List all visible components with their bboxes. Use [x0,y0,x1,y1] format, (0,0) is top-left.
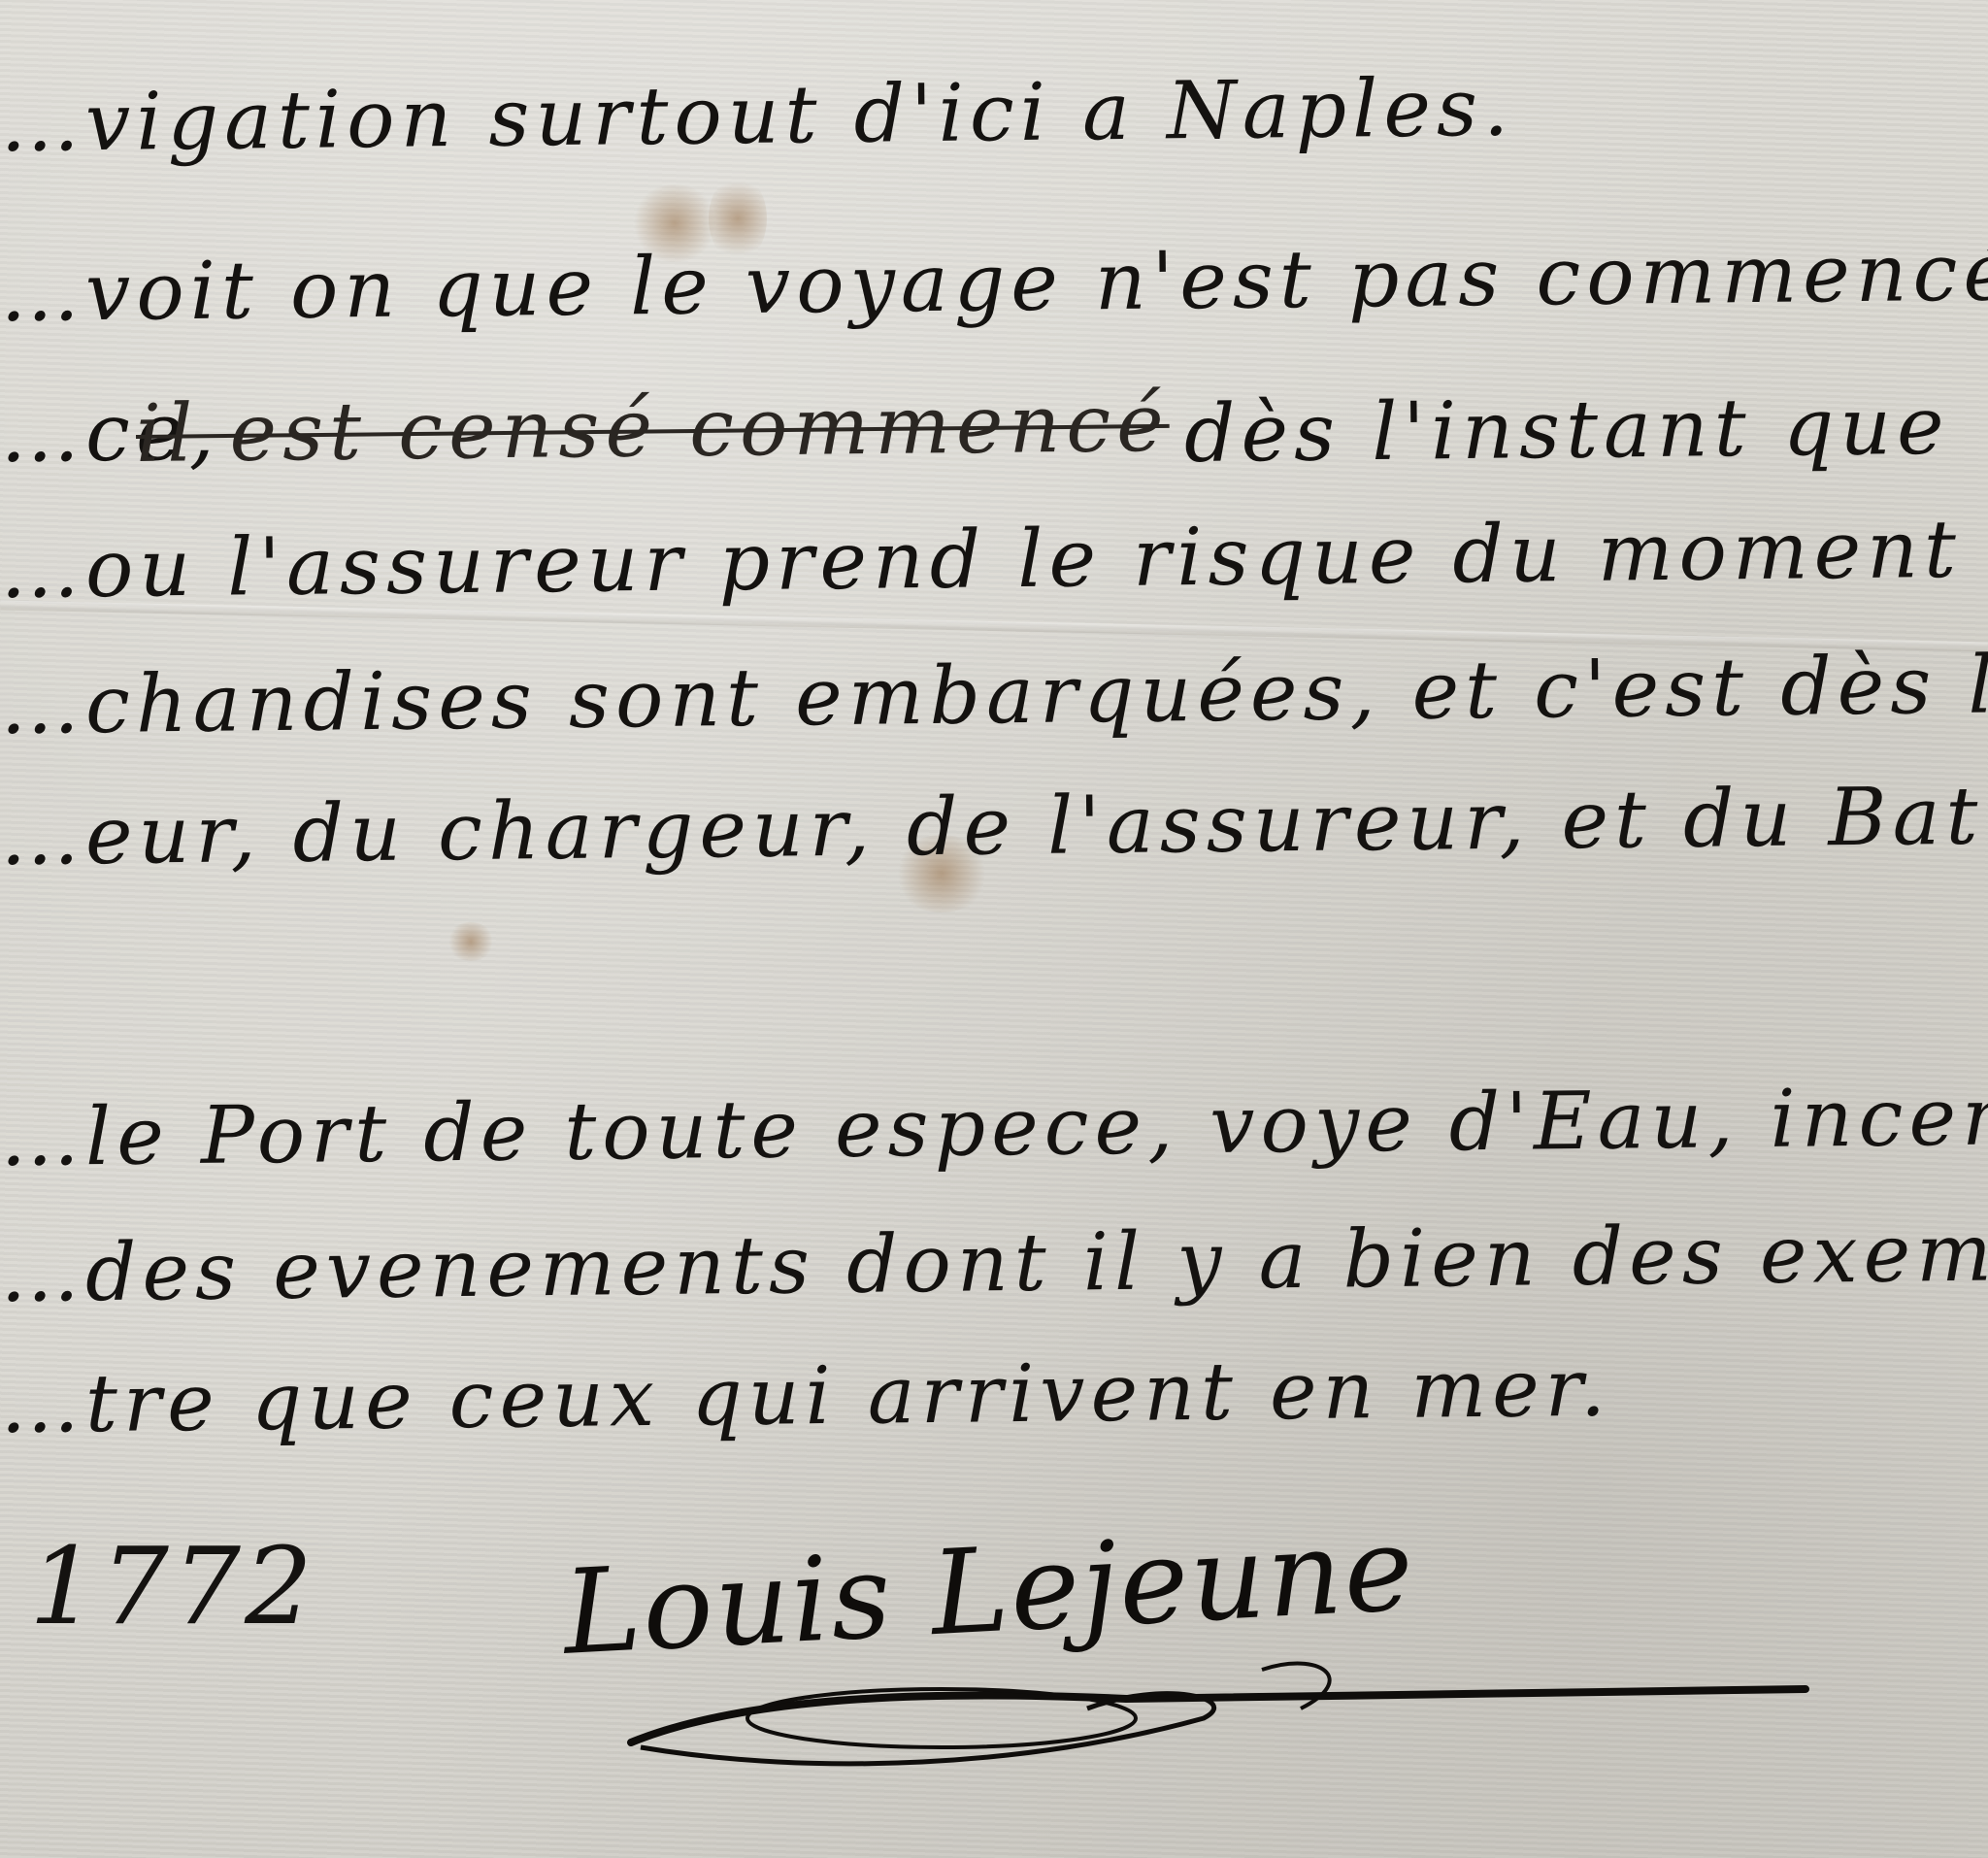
text-line: …ou l'assureur prend le risque du moment… [0,502,1988,616]
signature-flourish-icon [621,1650,1815,1776]
text-line: …chandises sont embarquées, et c'est dès… [0,636,1988,752]
text-line: …tre que ceux qui arrivent en mer. [0,1343,1611,1451]
text-line: …vigation surtout d'ici a Naples. [0,62,1514,170]
struck-through-text: il est censé commencé [136,378,1171,481]
manuscript-page: …vigation surtout d'ici a Naples. …voit … [0,0,1988,1858]
text-line: dès l'instant que [1184,381,1951,481]
text-line: …eur, du chargeur, de l'assureur, et du … [0,768,1988,883]
text-line: …des evenements dont il y a bien des exe… [0,1205,1988,1320]
text-line: …voit on que le voyage n'est pas commenc… [0,226,1988,340]
text-line: …le Port de toute espece, voye d'Eau, in… [0,1070,1988,1184]
foxing-stain [447,922,495,961]
date: 1772 [29,1524,316,1648]
